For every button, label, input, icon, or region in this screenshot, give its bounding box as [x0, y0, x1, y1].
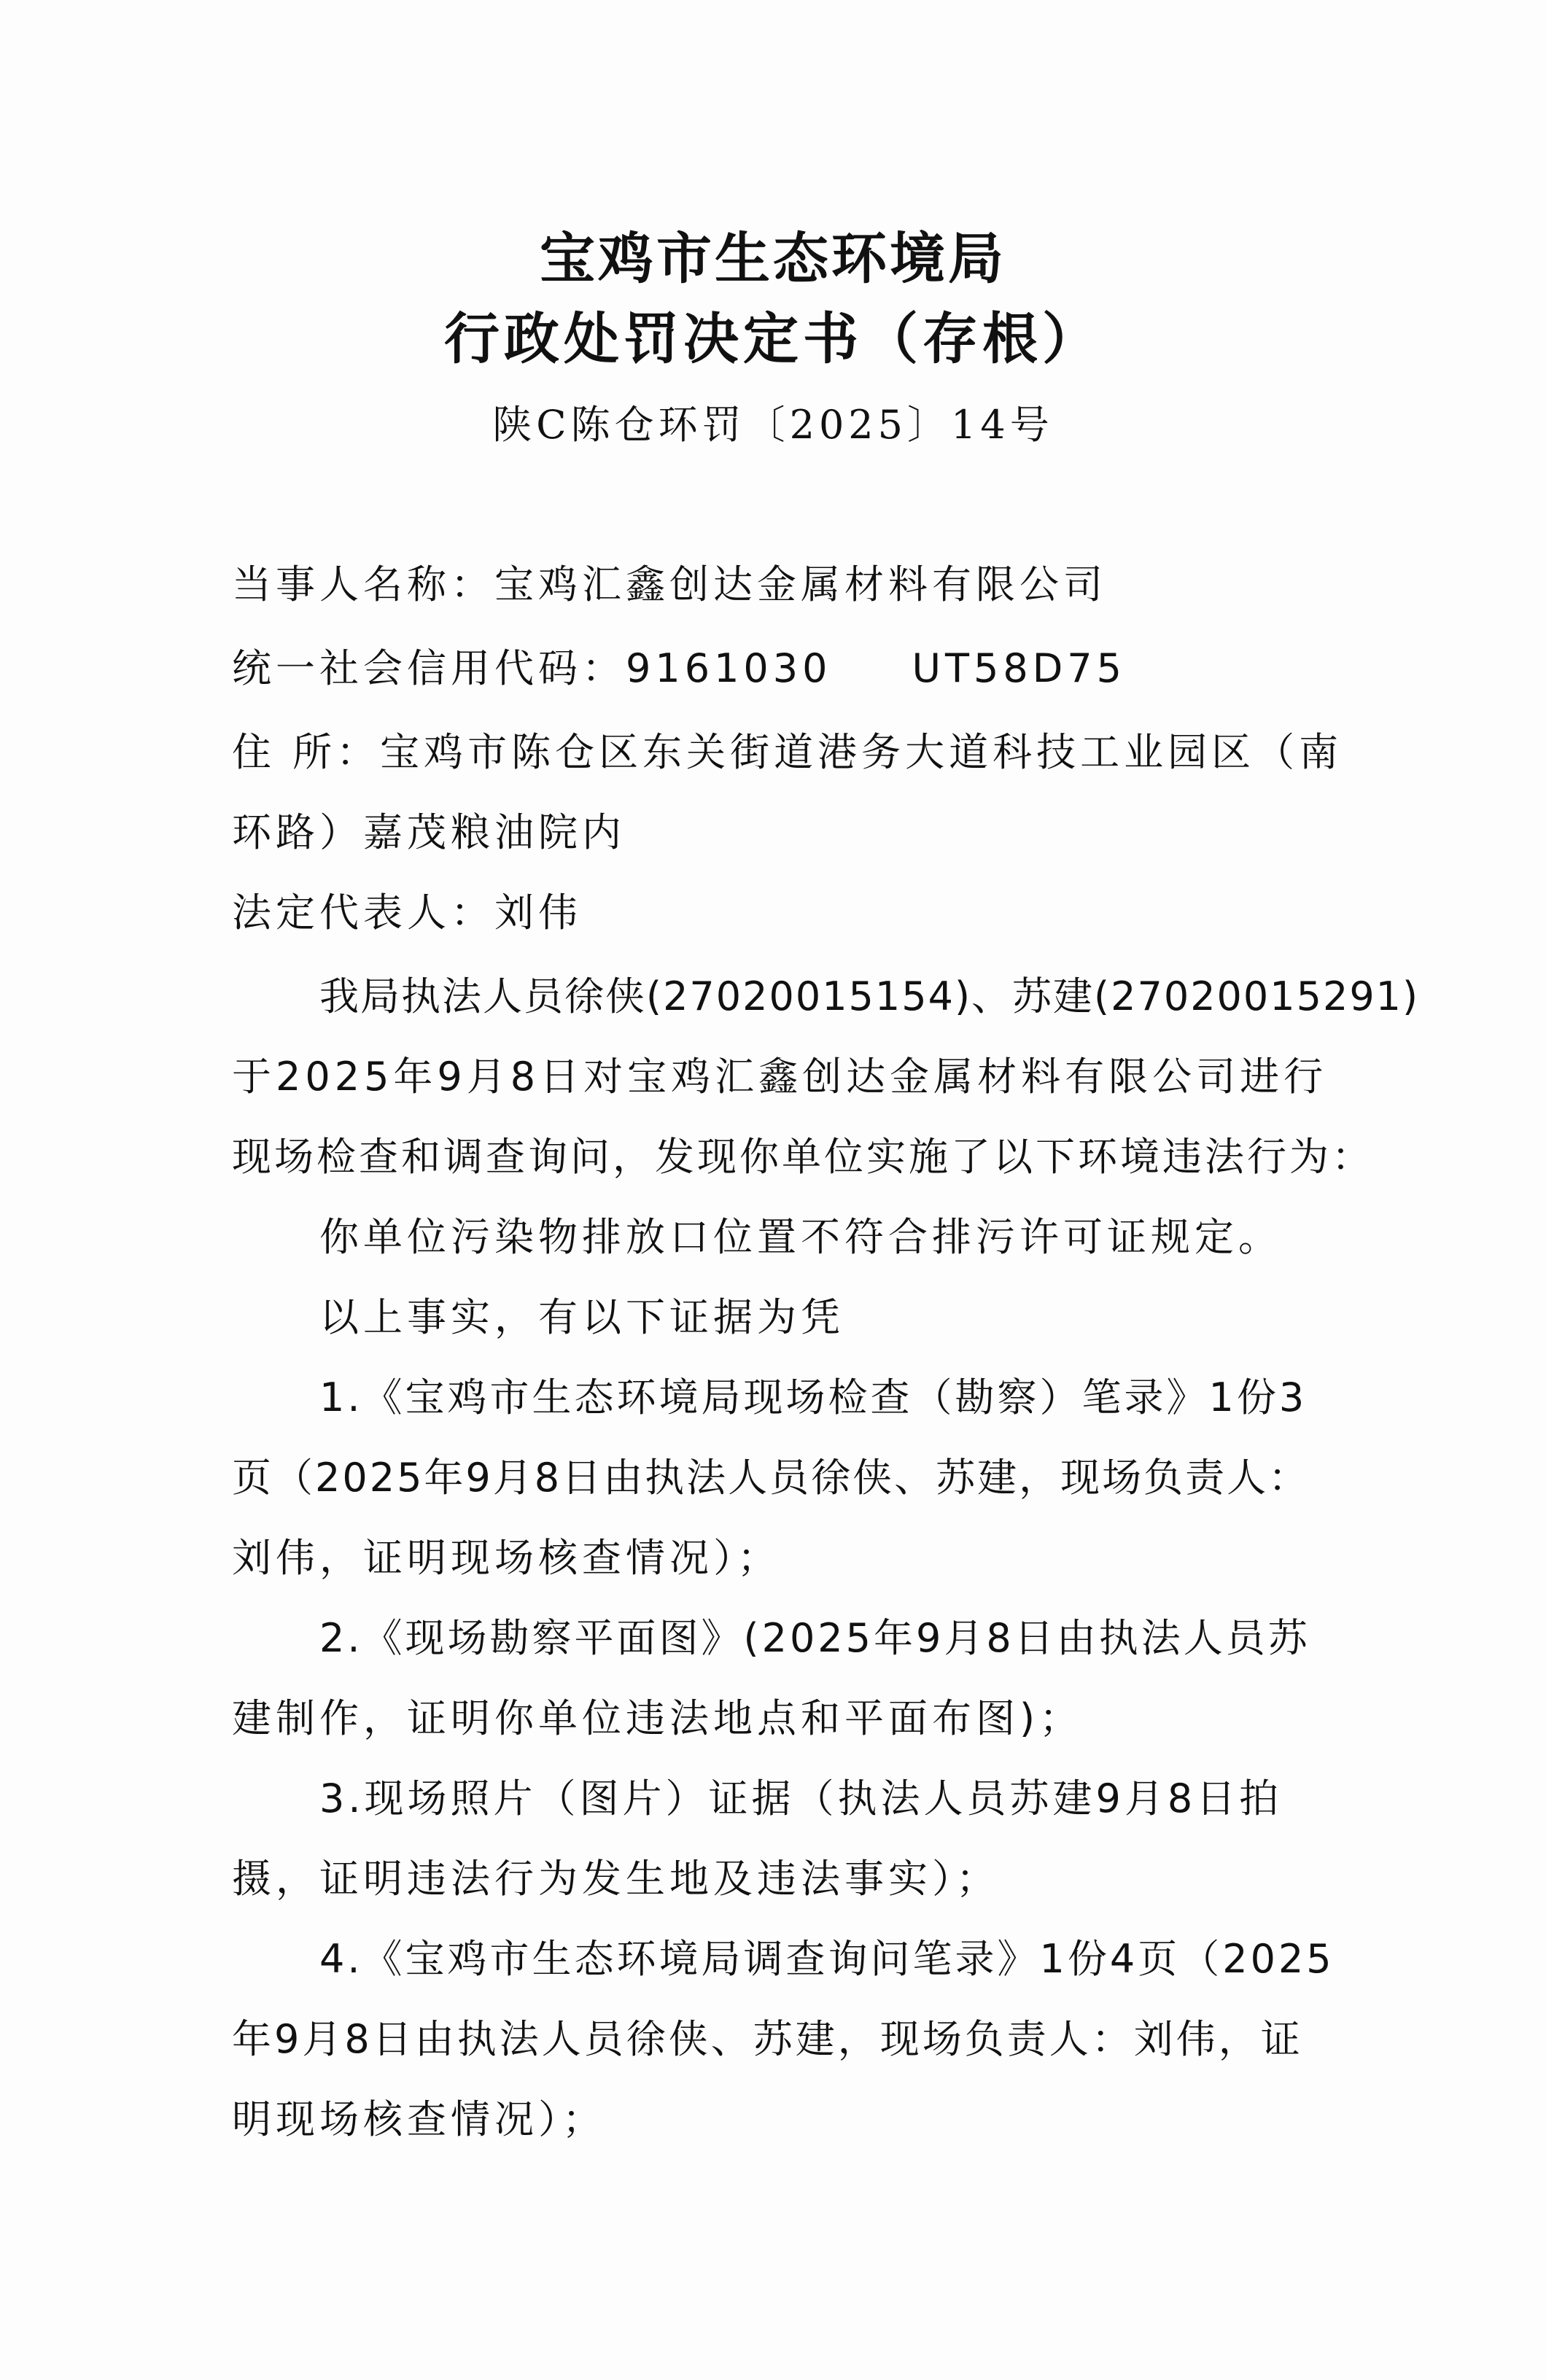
- evidence-4-line-1: 4.《宝鸡市生态环境局调查询问笔录》1份4页（2025: [319, 1936, 1335, 1983]
- credit-code-part2: UT58D75: [912, 645, 1127, 691]
- para1-line-1: 我局执法人员徐侠(27020015154)、苏建(27020015291): [319, 973, 1419, 1020]
- credit-code-label: 统一社会信用代码：: [232, 645, 626, 691]
- evidence-intro: 以上事实，有以下证据为凭: [319, 1294, 844, 1341]
- legal-rep-line: 法定代表人：刘伟: [232, 890, 582, 936]
- address-label: 住 所：: [232, 729, 380, 775]
- address-line-1: 住 所：宝鸡市陈仓区东关街道港务大道科技工业园区（南: [232, 729, 1343, 776]
- agency-title: 宝鸡市生态环境局: [0, 226, 1546, 292]
- evidence-1-line-3: 刘伟，证明现场核查情况）；: [232, 1535, 781, 1582]
- para1-line-3: 现场检查和调查询问，发现你单位实施了以下环境违法行为：: [232, 1134, 1374, 1181]
- legal-rep-label: 法定代表人：: [232, 890, 494, 936]
- evidence-4-line-2: 年9月8日由执法人员徐侠、苏建，现场负责人：刘伟，证: [232, 2016, 1303, 2063]
- legal-rep-name: 刘伟: [494, 890, 582, 936]
- credit-code-part1: 9161030: [626, 645, 832, 691]
- evidence-3-line-2: 摄，证明违法行为发生地及违法事实）；: [232, 1856, 1000, 1902]
- violation-statement: 你单位污染物排放口位置不符合排污许可证规定。: [319, 1214, 1282, 1261]
- evidence-3-line-1: 3.现场照片（图片）证据（执法人员苏建9月8日拍: [319, 1776, 1282, 1822]
- evidence-2-line-1: 2.《现场勘察平面图》(2025年9月8日由执法人员苏: [319, 1615, 1310, 1662]
- document-title: 行政处罚决定书（存根）: [0, 306, 1546, 372]
- document-page: 宝鸡市生态环境局 行政处罚决定书（存根） 陕C陈仓环罚〔2025〕14号 当事人…: [0, 0, 1546, 2380]
- document-number: 陕C陈仓环罚〔2025〕14号: [0, 400, 1546, 451]
- party-name-line: 当事人名称：宝鸡汇鑫创达金属材料有限公司: [232, 561, 1107, 608]
- evidence-1-line-1: 1.《宝鸡市生态环境局现场检查（勘察）笔录》1份3: [319, 1374, 1307, 1421]
- evidence-1-line-2: 页（2025年9月8日由执法人员徐侠、苏建，现场负责人：: [232, 1455, 1310, 1501]
- party-name-label: 当事人名称：: [232, 561, 494, 607]
- para1-line-2: 于2025年9月8日对宝鸡汇鑫创达金属材料有限公司进行: [232, 1054, 1327, 1100]
- party-name: 宝鸡汇鑫创达金属材料有限公司: [494, 561, 1107, 607]
- address-text-1: 宝鸡市陈仓区东关街道港务大道科技工业园区（南: [380, 729, 1343, 775]
- evidence-4-line-3: 明现场核查情况）；: [232, 2096, 606, 2143]
- evidence-2-line-2: 建制作，证明你单位违法地点和平面布图)；: [232, 1695, 1083, 1742]
- credit-code-line: 统一社会信用代码：9161030UT58D75: [232, 645, 1126, 692]
- address-line-2: 环路）嘉茂粮油院内: [232, 809, 626, 856]
